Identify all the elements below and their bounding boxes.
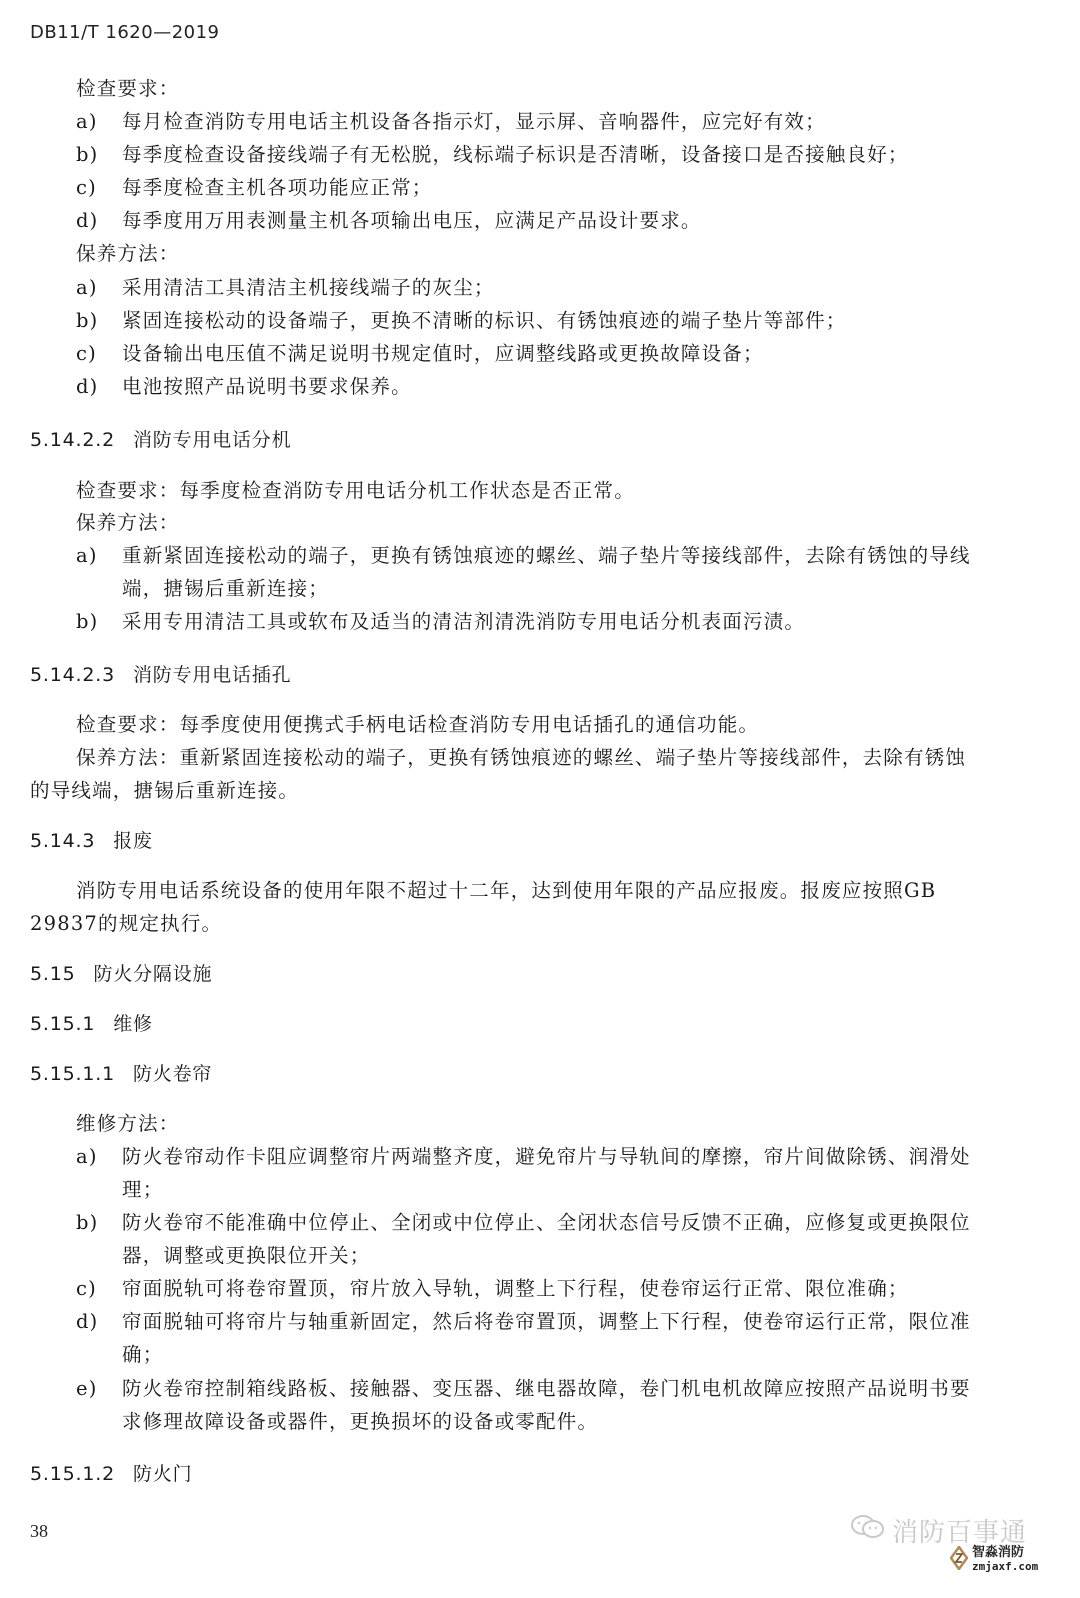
list-marker: e) [76, 1376, 98, 1402]
list-text-continuation: 求修理故障设备或器件，更换损坏的设备或零配件。 [122, 1409, 598, 1435]
section-number: 5.15.1.2 [30, 1461, 115, 1487]
maintenance-label: 保养方法： [76, 510, 180, 536]
maintenance-label: 保养方法： [76, 241, 180, 267]
list-text-continuation: 理； [122, 1177, 163, 1203]
list-text: 帘面脱轴可将帘片与轴重新固定，然后将卷帘置顶，调整上下行程，使卷帘运行正常，限位… [122, 1309, 971, 1335]
list-marker: d) [76, 208, 99, 234]
maintenance-method-continuation: 的导线端，搪锡后重新连接。 [30, 778, 299, 804]
section-heading-5-15-1-1: 5.15.1.1防火卷帘 [30, 1061, 212, 1087]
watermark-main: 消防百事通 [850, 1512, 1027, 1549]
repair-label: 维修方法： [76, 1111, 180, 1137]
list-text: 每月检查消防专用电话主机设备各指示灯，显示屏、音响器件，应完好有效； [122, 109, 826, 135]
list-text-continuation: 器，调整或更换限位开关； [122, 1243, 370, 1269]
list-text: 每季度用万用表测量主机各项输出电压，应满足产品设计要求。 [122, 208, 702, 234]
list-text: 采用专用清洁工具或软布及适当的清洁剂清洗消防专用电话分机表面污渍。 [122, 609, 805, 635]
section-title: 防火门 [133, 1463, 192, 1485]
page-number: 38 [30, 1521, 48, 1542]
list-marker: b) [76, 308, 99, 334]
list-marker: d) [76, 1309, 99, 1335]
section-heading-5-15: 5.15防火分隔设施 [30, 961, 212, 987]
watermark-sub-title: 智淼消防 [972, 1546, 1038, 1560]
wechat-icon [850, 1514, 886, 1547]
watermark-url: zmjaxf.com [972, 1560, 1038, 1574]
section-number: 5.15 [30, 961, 76, 987]
paragraph-line: 29837的规定执行。 [30, 911, 222, 937]
zhimiao-logo-icon [950, 1546, 968, 1574]
paragraph-line: 消防专用电话系统设备的使用年限不超过十二年，达到使用年限的产品应报废。报废应按照… [76, 878, 936, 904]
section-number: 5.15.1.1 [30, 1061, 115, 1087]
list-marker: c) [76, 341, 97, 367]
section-title: 防火卷帘 [133, 1063, 212, 1085]
list-text: 每季度检查主机各项功能应正常； [122, 175, 433, 201]
watermark: 消防百事通 智淼消防 zmjaxf.com [850, 1512, 1070, 1592]
section-title: 消防专用电话插孔 [133, 664, 291, 686]
list-text-continuation: 端，搪锡后重新连接； [122, 576, 329, 602]
watermark-main-text: 消防百事通 [892, 1512, 1027, 1549]
list-text: 防火卷帘动作卡阻应调整帘片两端整齐度，避免帘片与导轨间的摩擦，帘片间做除锈、润滑… [122, 1144, 971, 1170]
list-text: 防火卷帘不能准确中位停止、全闭或中位停止、全闭状态信号反馈不正确，应修复或更换限… [122, 1210, 971, 1236]
list-marker: c) [76, 1276, 97, 1302]
list-marker: b) [76, 609, 99, 635]
list-text: 采用清洁工具清洁主机接线端子的灰尘； [122, 275, 495, 301]
list-marker: a) [76, 275, 98, 301]
section-heading-5-14-3: 5.14.3报废 [30, 828, 153, 854]
list-text-continuation: 确； [122, 1342, 163, 1368]
list-text: 每季度检查设备接线端子有无松脱，线标端子标识是否清晰，设备接口是否接触良好； [122, 142, 909, 168]
inspect-requirement: 检查要求：每季度检查消防专用电话分机工作状态是否正常。 [76, 478, 635, 504]
list-marker: d) [76, 374, 99, 400]
section-title: 消防专用电话分机 [133, 429, 291, 451]
list-text: 电池按照产品说明书要求保养。 [122, 374, 412, 400]
section-number: 5.15.1 [30, 1011, 95, 1037]
list-marker: a) [76, 543, 98, 569]
section-number: 5.14.2.2 [30, 427, 115, 453]
list-text: 设备输出电压值不满足说明书规定值时，应调整线路或更换故障设备； [122, 341, 764, 367]
document-id-header: DB11/T 1620—2019 [30, 22, 220, 43]
list-marker: a) [76, 109, 98, 135]
section-number: 5.14.3 [30, 828, 95, 854]
list-marker: b) [76, 1210, 99, 1236]
section-heading-5-15-1: 5.15.1维修 [30, 1011, 153, 1037]
section-heading-5-14-2-3: 5.14.2.3消防专用电话插孔 [30, 662, 291, 688]
inspect-requirement: 检查要求：每季度使用便携式手柄电话检查消防专用电话插孔的通信功能。 [76, 712, 759, 738]
section-number: 5.14.2.3 [30, 662, 115, 688]
section-heading-5-14-2-2: 5.14.2.2消防专用电话分机 [30, 427, 291, 453]
watermark-sub: 智淼消防 zmjaxf.com [950, 1546, 1038, 1574]
maintenance-method: 保养方法：重新紧固连接松动的端子，更换有锈蚀痕迹的螺丝、端子垫片等接线部件，去除… [76, 745, 966, 771]
section-title: 维修 [113, 1013, 153, 1035]
list-marker: b) [76, 142, 99, 168]
list-text: 帘面脱轨可将卷帘置顶，帘片放入导轨，调整上下行程，使卷帘运行正常、限位准确； [122, 1276, 909, 1302]
section-heading-5-15-1-2: 5.15.1.2防火门 [30, 1461, 192, 1487]
inspect-label: 检查要求： [76, 76, 180, 102]
list-marker: c) [76, 175, 97, 201]
section-title: 报废 [113, 830, 153, 852]
list-text: 防火卷帘控制箱线路板、接触器、变压器、继电器故障，卷门机电机故障应按照产品说明书… [122, 1376, 971, 1402]
list-text: 重新紧固连接松动的端子，更换有锈蚀痕迹的螺丝、端子垫片等接线部件，去除有锈蚀的导… [122, 543, 971, 569]
list-text: 紧固连接松动的设备端子，更换不清晰的标识、有锈蚀痕迹的端子垫片等部件； [122, 308, 847, 334]
section-title: 防火分隔设施 [94, 963, 213, 985]
list-marker: a) [76, 1144, 98, 1170]
